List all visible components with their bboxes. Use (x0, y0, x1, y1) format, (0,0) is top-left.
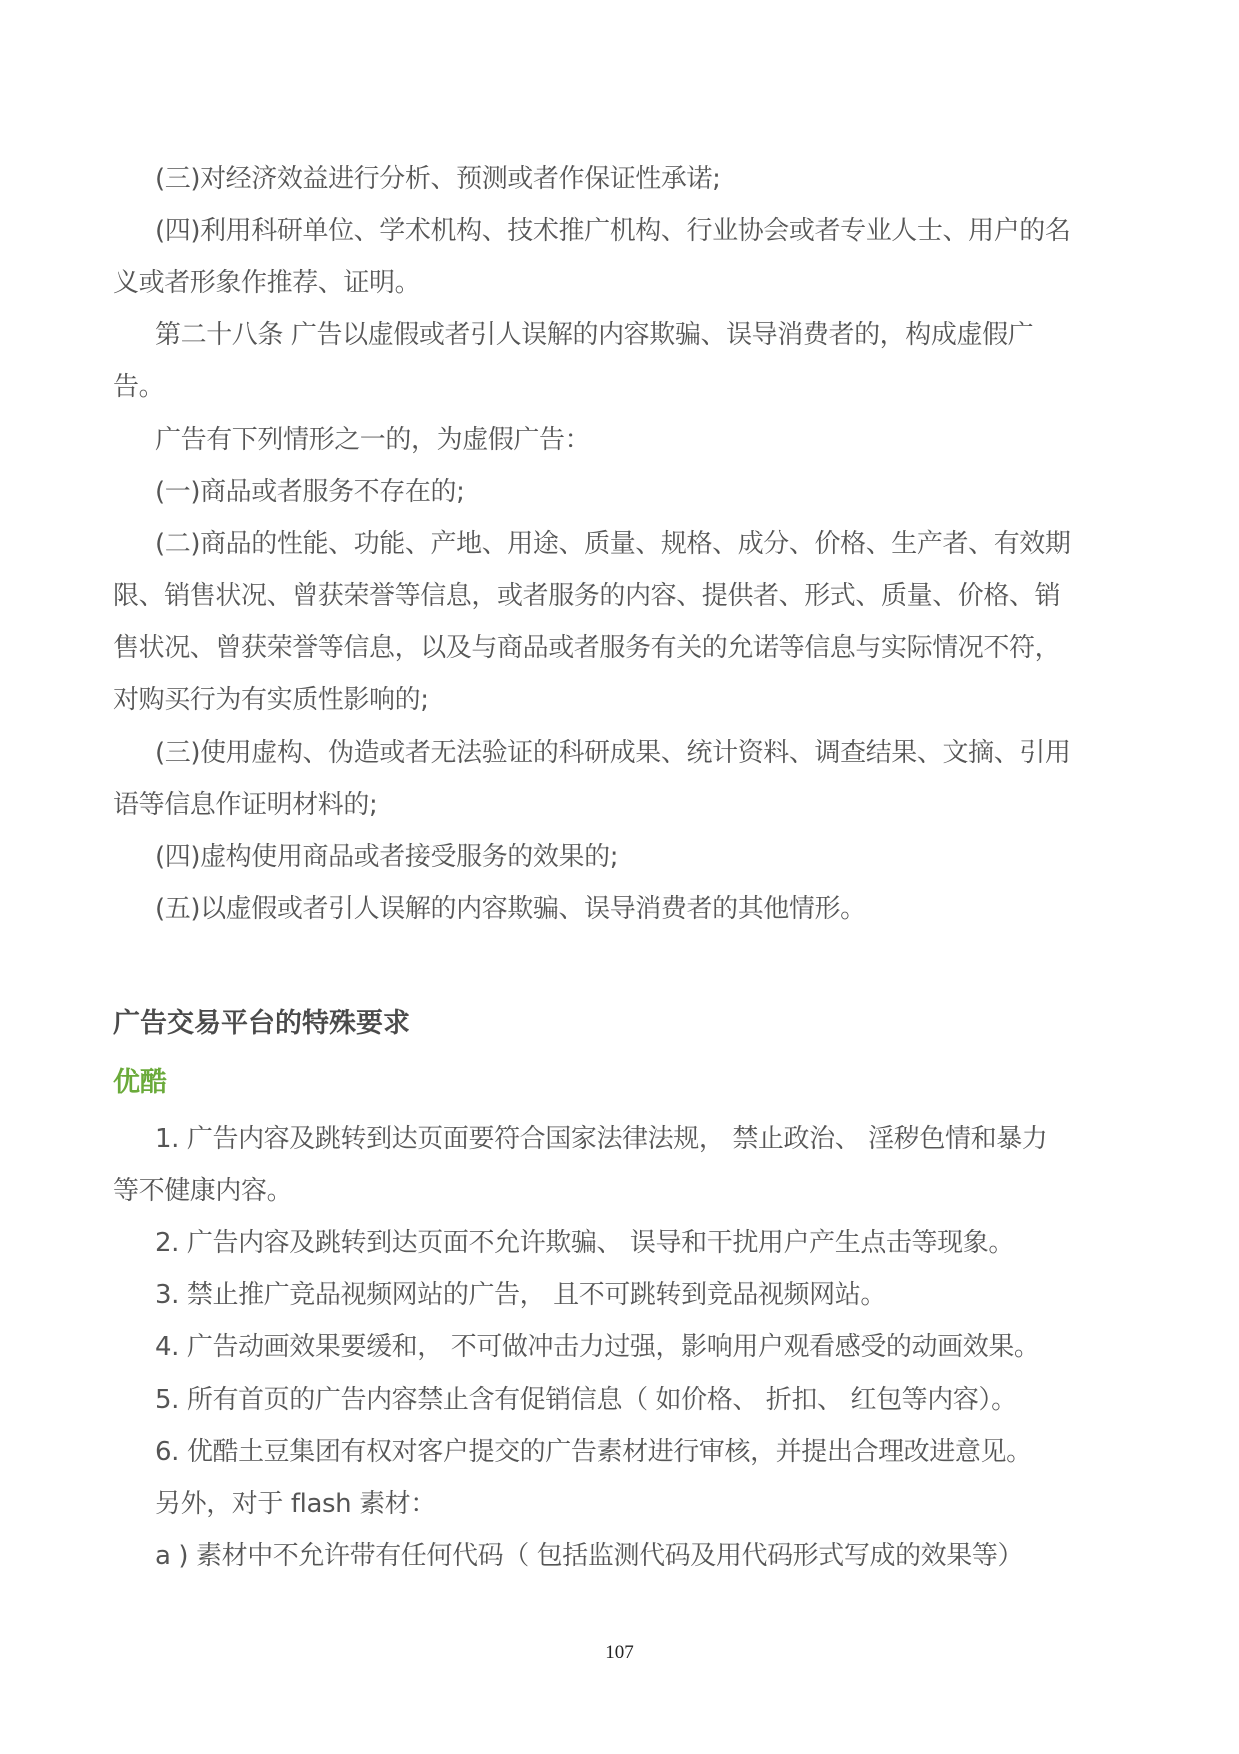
section-heading: 广告交易平台的特殊要求 (113, 1007, 410, 1041)
paragraph-line: (五)以虚假或者引人误解的内容欺骗、误导消费者的其他情形。 (155, 893, 866, 925)
paragraph-line: (四)虚构使用商品或者接受服务的效果的; (155, 841, 618, 873)
paragraph-line: 限、销售状况、曾获荣誉等信息，或者服务的内容、提供者、形式、质量、价格、销 (113, 580, 1060, 612)
list-item: 1. 广告内容及跳转到达页面要符合国家法律法规， 禁止政治、 淫秽色情和暴力 (155, 1123, 1047, 1155)
paragraph-line: 语等信息作证明材料的; (113, 789, 377, 821)
document-page: (三)对经济效益进行分析、预测或者作保证性承诺; (四)利用科研单位、学术机构、… (113, 0, 1123, 1754)
paragraph-line: (三)使用虚构、伪造或者无法验证的科研成果、统计资料、调查结果、文摘、引用 (155, 737, 1071, 769)
paragraph-line: (四)利用科研单位、学术机构、技术推广机构、行业协会或者专业人士、用户的名 (155, 215, 1071, 247)
subsection-heading: 优酷 (113, 1066, 167, 1100)
paragraph-line: 售状况、曾获荣誉等信息，以及与商品或者服务有关的允诺等信息与实际情况不符， (113, 632, 1060, 664)
list-item: 2. 广告内容及跳转到达页面不允许欺骗、 误导和干扰用户产生点击等现象。 (155, 1227, 1014, 1259)
paragraph-line: 第二十八条 广告以虚假或者引人误解的内容欺骗、误导消费者的，构成虚假广 (155, 319, 1033, 351)
paragraph-line: (二)商品的性能、功能、产地、用途、质量、规格、成分、价格、生产者、有效期 (155, 528, 1071, 560)
paragraph-line: 告。 (113, 371, 164, 403)
paragraph-line: (三)对经济效益进行分析、预测或者作保证性承诺; (155, 163, 720, 195)
list-item: 3. 禁止推广竞品视频网站的广告， 且不可跳转到竞品视频网站。 (155, 1279, 886, 1311)
list-item-continuation: 等不健康内容。 (113, 1175, 292, 1207)
list-item: a ) 素材中不允许带有任何代码（ 包括监测代码及用代码形式写成的效果等） (155, 1540, 1023, 1572)
list-item: 6. 优酷土豆集团有权对客户提交的广告素材进行审核，并提出合理改进意见。 (155, 1436, 1032, 1468)
paragraph-line: (一)商品或者服务不存在的; (155, 476, 464, 508)
paragraph-line: 另外，对于 flash 素材： (155, 1488, 436, 1520)
paragraph-line: 对购买行为有实质性影响的; (113, 684, 429, 716)
list-item: 4. 广告动画效果要缓和， 不可做冲击力过强，影响用户观看感受的动画效果。 (155, 1331, 1040, 1363)
page-number: 107 (0, 1642, 1239, 1664)
paragraph-line: 广告有下列情形之一的，为虚假广告： (155, 424, 590, 456)
paragraph-line: 义或者形象作推荐、证明。 (113, 267, 420, 299)
list-item: 5. 所有首页的广告内容禁止含有促销信息（ 如价格、 折扣、 红包等内容）。 (155, 1384, 1017, 1416)
